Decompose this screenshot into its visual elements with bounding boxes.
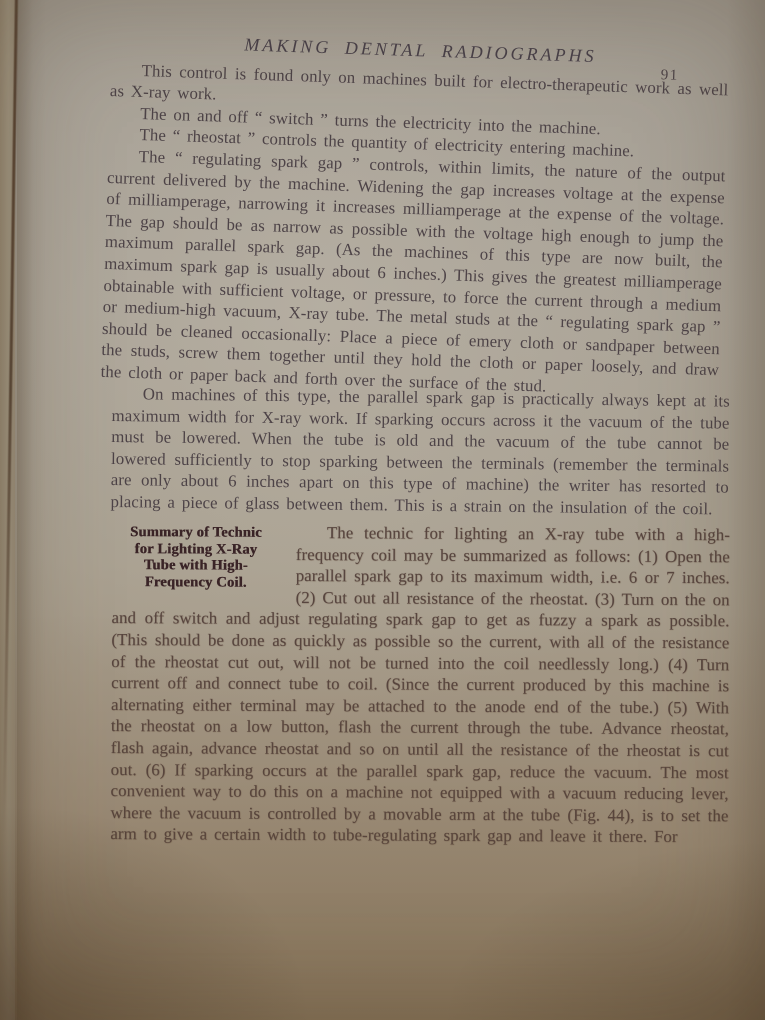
page-content: MAKING DENTAL RADIOGRAPHS 91 This contro… xyxy=(112,30,730,845)
lower-text-block: Summary of Technic for Lighting X-Ray Tu… xyxy=(110,521,730,848)
book-page-photo: MAKING DENTAL RADIOGRAPHS 91 This contro… xyxy=(0,0,765,1020)
page-number: 91 xyxy=(660,65,679,87)
middle-text-block: On machines of this type, the parallel s… xyxy=(110,383,730,520)
binding-gutter-shadow xyxy=(17,0,33,1020)
margin-heading: Summary of Technic for Lighting X-Ray Tu… xyxy=(112,524,280,591)
paragraph-parallel-spark-gap: On machines of this type, the parallel s… xyxy=(110,383,730,520)
upper-text-block: MAKING DENTAL RADIOGRAPHS 91 This contro… xyxy=(100,30,729,403)
paragraph-regulating-spark-gap: The “ regulating spark gap ” controls, w… xyxy=(100,145,726,403)
